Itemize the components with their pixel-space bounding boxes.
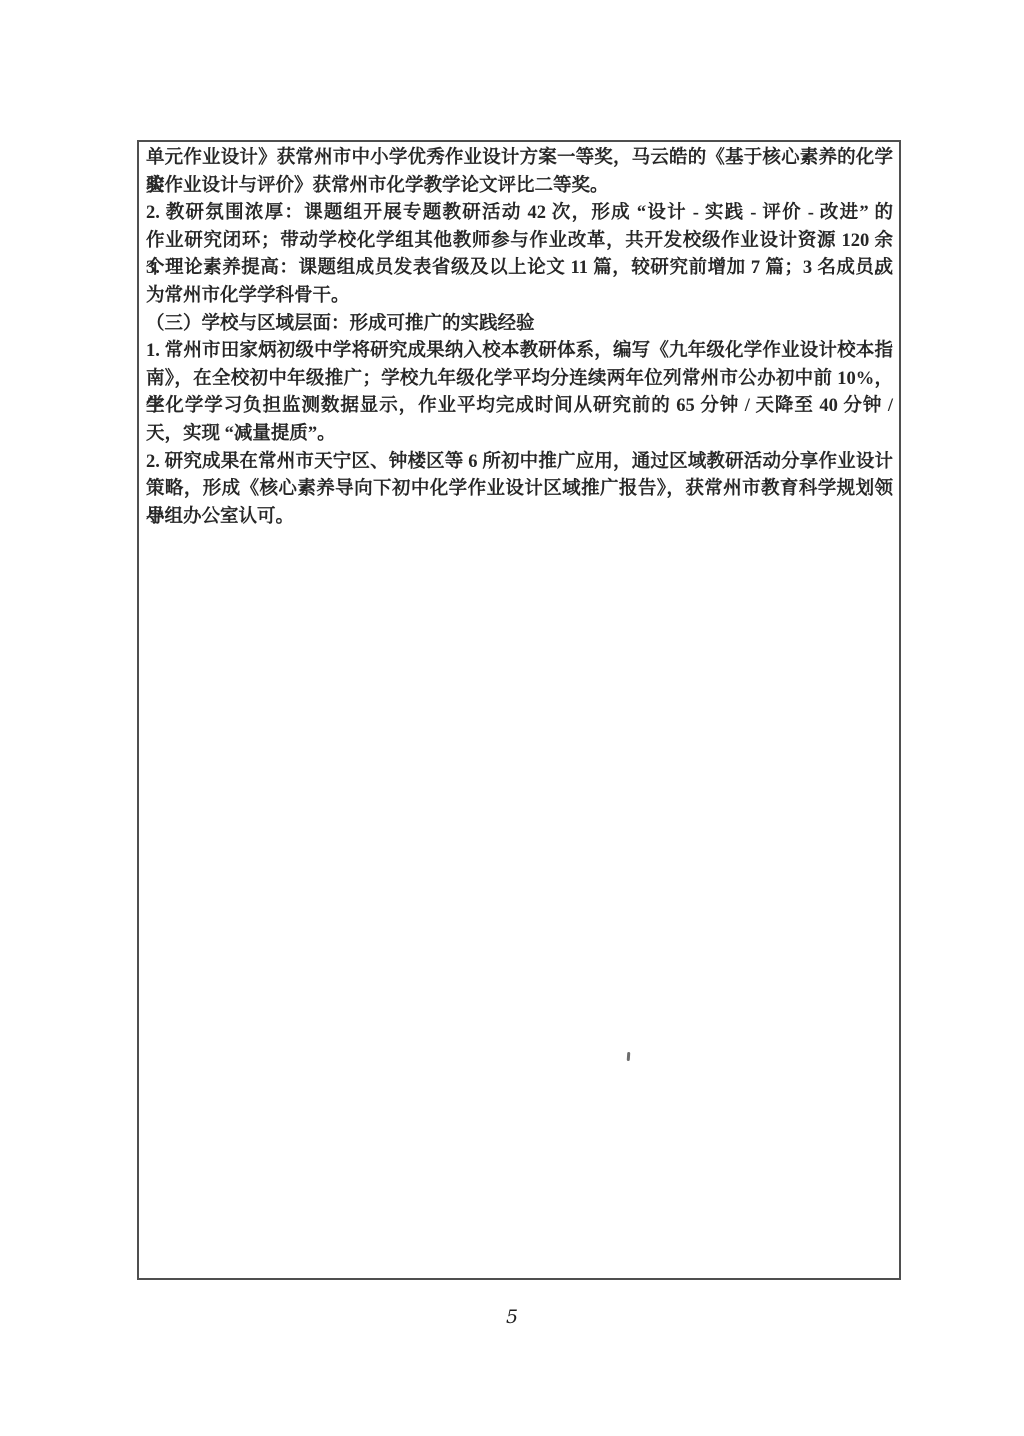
text-line: 3. 理论素养提高：课题组成员发表省级及以上论文 11 篇，较研究前增加 7 篇… [146,255,893,283]
text-line: 天，实现 “减量提质”。 [146,421,893,449]
text-line: 为常州市化学学科骨干。 [146,283,893,311]
section-heading-line: （三）学校与区域层面：形成可推广的实践经验 [146,311,893,339]
text-line: 1. 常州市田家炳初级中学将研究成果纳入校本教研体系，编写《九年级化学作业设计校… [146,338,893,366]
text-line: 单元作业设计》获常州市中小学优秀作业设计方案一等奖，马云皓的《基于核心素养的化学… [146,145,893,173]
document-table-cell: 单元作业设计》获常州市中小学优秀作业设计方案一等奖，马云皓的《基于核心素养的化学… [137,140,901,1280]
text-line: 验作业设计与评价》获常州市化学教学论文评比二等奖。 [146,173,893,201]
text-line: 2. 教研氛围浓厚：课题组开展专题教研活动 42 次，形成 “设计 - 实践 -… [146,200,893,228]
scan-speck-artifact [627,1052,631,1061]
text-line: 小组办公室认可。 [146,504,893,532]
scanned-document-page: 单元作业设计》获常州市中小学优秀作业设计方案一等奖，马云皓的《基于核心素养的化学… [0,0,1024,1436]
text-line: 作业研究闭环；带动学校化学组其他教师参与作业改革，共开发校级作业设计资源 120… [146,228,893,256]
text-line: 策略，形成《核心素养导向下初中化学作业设计区域推广报告》，获常州市教育科学规划领… [146,476,893,504]
text-line: 南》，在全校初中年级推广；学校九年级化学平均分连续两年位列常州市公办初中前 10… [146,366,893,394]
text-line: 2. 研究成果在常州市天宁区、钟楼区等 6 所初中推广应用，通过区域教研活动分享… [146,449,893,477]
page-number: 5 [0,1306,1024,1328]
text-line: 生化学学习负担监测数据显示，作业平均完成时间从研究前的 65 分钟 / 天降至 … [146,393,893,421]
